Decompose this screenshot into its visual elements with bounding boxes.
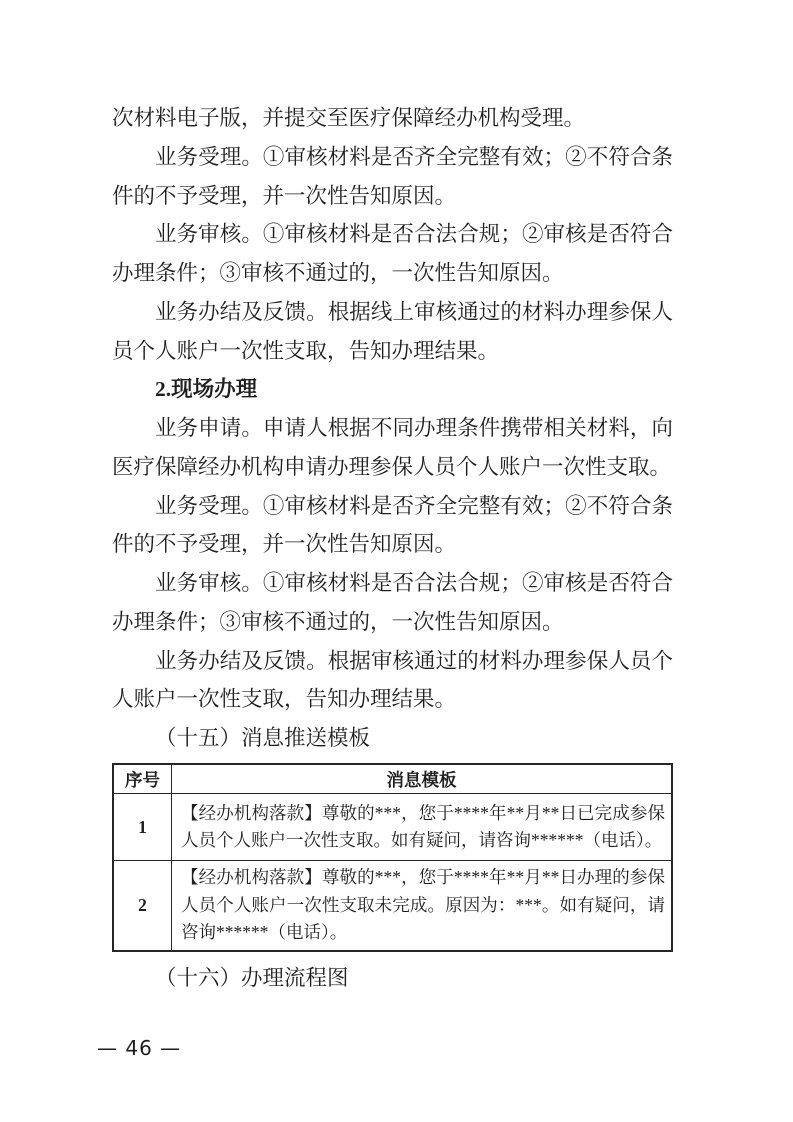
section-heading-16-flowchart: （十六）办理流程图 bbox=[112, 959, 673, 998]
body-paragraph-continuation: 次材料电子版，并提交至医疗保障经办机构受理。 bbox=[112, 99, 673, 138]
document-body: 次材料电子版，并提交至医疗保障经办机构受理。 业务受理。①审核材料是否齐全完整有… bbox=[112, 99, 673, 998]
table-row-number: 1 bbox=[113, 794, 172, 861]
subheading-onsite-handling: 2.现场办理 bbox=[112, 370, 673, 409]
table-header-message-template: 消息模板 bbox=[172, 764, 673, 794]
body-paragraph-application-onsite: 业务申请。申请人根据不同办理条件携带相关材料，向医疗保障经办机构申请办理参保人员… bbox=[112, 409, 673, 487]
body-paragraph-review-online: 业务审核。①审核材料是否合法合规；②审核是否符合办理条件；③审核不通过的，一次性… bbox=[112, 215, 673, 293]
table-row-message: 【经办机构落款】尊敬的***，您于****年**月**日已完成参保人员个人账户一… bbox=[172, 794, 673, 861]
message-template-table: 序号 消息模板 1 【经办机构落款】尊敬的***，您于****年**月**日已完… bbox=[112, 763, 673, 952]
table-row: 1 【经办机构落款】尊敬的***，您于****年**月**日已完成参保人员个人账… bbox=[113, 794, 672, 861]
table-row-message: 【经办机构落款】尊敬的***，您于****年**月**日办理的参保人员个人账户一… bbox=[172, 861, 673, 951]
body-paragraph-acceptance-onsite: 业务受理。①审核材料是否齐全完整有效；②不符合条件的不予受理，并一次性告知原因。 bbox=[112, 487, 673, 565]
body-paragraph-conclusion-onsite: 业务办结及反馈。根据审核通过的材料办理参保人员个人账户一次性支取，告知办理结果。 bbox=[112, 642, 673, 720]
body-paragraph-review-onsite: 业务审核。①审核材料是否合法合规；②审核是否符合办理条件；③审核不通过的，一次性… bbox=[112, 564, 673, 642]
page-number: — 46 — bbox=[97, 1036, 181, 1060]
table-header-seq-no: 序号 bbox=[113, 764, 172, 794]
document-page: 次材料电子版，并提交至医疗保障经办机构受理。 业务受理。①审核材料是否齐全完整有… bbox=[0, 0, 793, 1122]
table-row-number: 2 bbox=[113, 861, 172, 951]
body-paragraph-conclusion-online: 业务办结及反馈。根据线上审核通过的材料办理参保人员个人账户一次性支取，告知办理结… bbox=[112, 293, 673, 371]
body-paragraph-acceptance-online: 业务受理。①审核材料是否齐全完整有效；②不符合条件的不予受理，并一次性告知原因。 bbox=[112, 138, 673, 216]
table-header-row: 序号 消息模板 bbox=[113, 764, 672, 794]
table-row: 2 【经办机构落款】尊敬的***，您于****年**月**日办理的参保人员个人账… bbox=[113, 861, 672, 951]
section-heading-15-message-templates: （十五）消息推送模板 bbox=[112, 719, 673, 758]
